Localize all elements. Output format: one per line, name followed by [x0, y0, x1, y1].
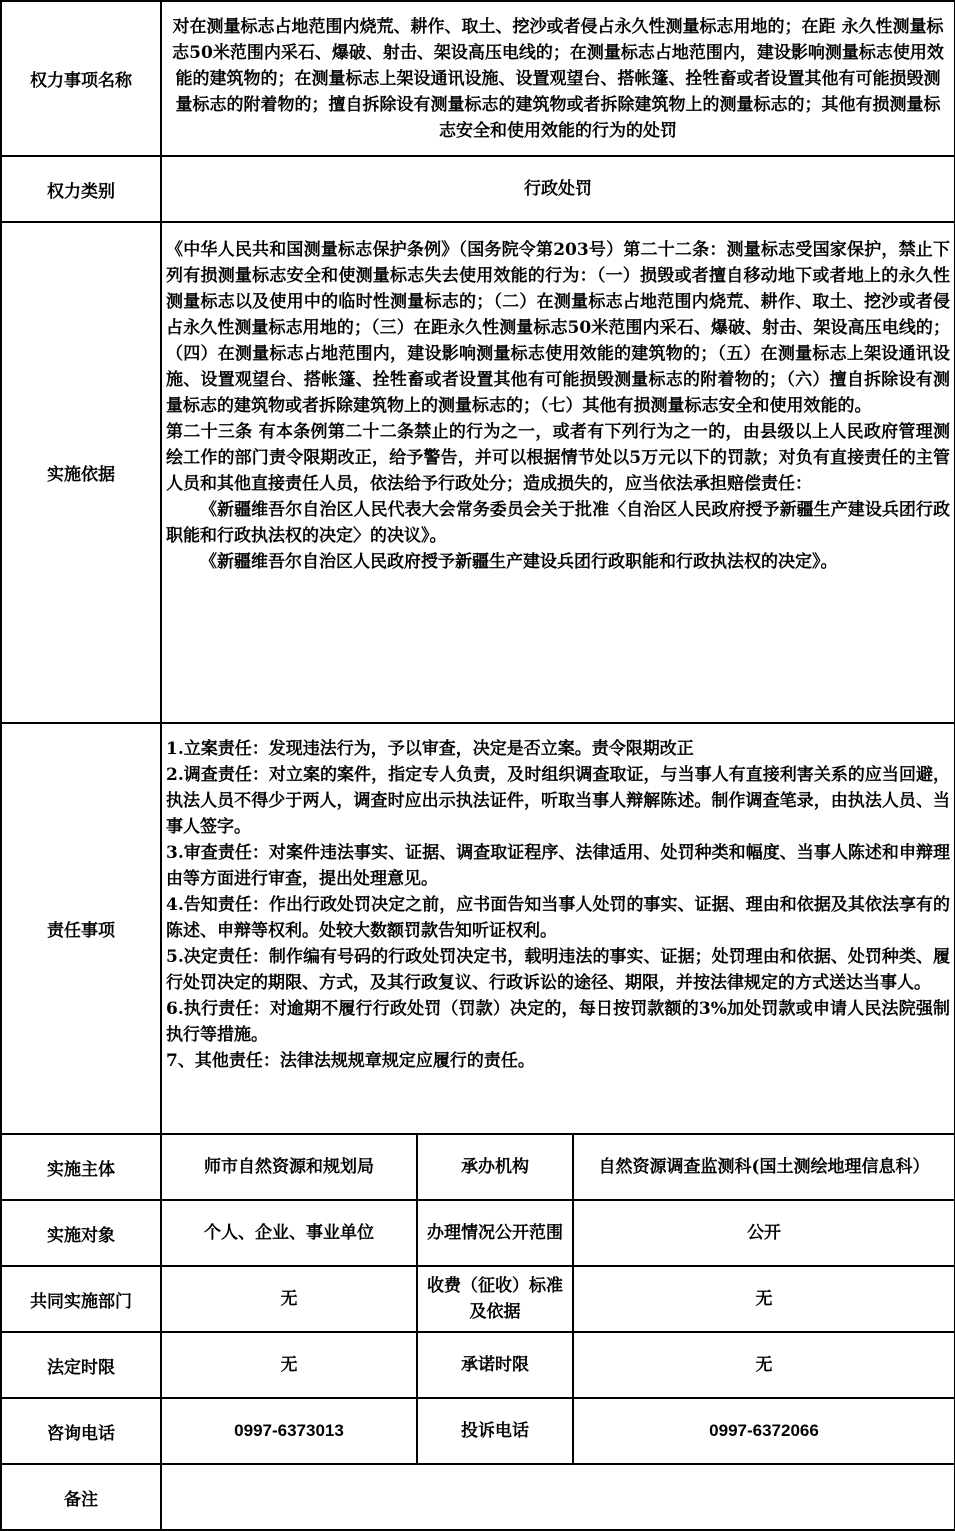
row-legal-basis: 实施依据 《中华人民共和国测量标志保护条例》（国务院令第203号）第二十二条：测…: [1, 222, 955, 723]
responsibility-item: 1.立案责任：发现违法行为，予以审查，决定是否立案。责令限期改正: [166, 736, 950, 762]
label-target: 实施对象: [1, 1200, 161, 1266]
responsibility-item: 6.执行责任：对逾期不履行行政处罚（罚款）决定的，每日按罚款额的3%加处罚款或申…: [166, 996, 950, 1048]
label-consult-phone: 咨询电话: [1, 1398, 161, 1464]
label-promised-time-limit: 承诺时限: [417, 1332, 573, 1398]
label-legal-time-limit: 法定时限: [1, 1332, 161, 1398]
label-legal-basis: 实施依据: [1, 222, 161, 723]
responsibility-item: 3.审查责任：对案件违法事实、证据、调查取证程序、法律适用、处罚种类和幅度、当事…: [166, 840, 950, 892]
value-power-item-name: 对在测量标志占地范围内烧荒、耕作、取土、挖沙或者侵占永久性测量标志用地的；在距 …: [161, 1, 955, 156]
row-power-type: 权力类别 行政处罚: [1, 156, 955, 222]
row-responsibilities: 责任事项 1.立案责任：发现违法行为，予以审查，决定是否立案。责令限期改正 2.…: [1, 723, 955, 1134]
row-remarks: 备注: [1, 1464, 955, 1530]
row-phones: 咨询电话 0997-6373013 投诉电话 0997-6372066: [1, 1398, 955, 1464]
value-fee-standard: 无: [573, 1266, 955, 1332]
label-responsibilities: 责任事项: [1, 723, 161, 1134]
label-complaint-phone: 投诉电话: [417, 1398, 573, 1464]
label-fee-standard: 收费（征收）标准及依据: [417, 1266, 573, 1332]
value-target: 个人、企业、事业单位: [161, 1200, 417, 1266]
value-handling-org: 自然资源调查监测科(国土测绘地理信息科）: [573, 1134, 955, 1200]
responsibility-item: 2.调查责任：对立案的案件，指定专人负责，及时组织调查取证，与当事人有直接利害关…: [166, 762, 950, 840]
value-complaint-phone: 0997-6372066: [573, 1398, 955, 1464]
value-promised-time-limit: 无: [573, 1332, 955, 1398]
responsibility-item: 5.决定责任：制作编有号码的行政处罚决定书，载明违法的事实、证据；处罚理由和依据…: [166, 944, 950, 996]
label-remarks: 备注: [1, 1464, 161, 1530]
label-power-item-name: 权力事项名称: [1, 1, 161, 156]
row-implementing-body: 实施主体 师市自然资源和规划局 承办机构 自然资源调查监测科(国土测绘地理信息科…: [1, 1134, 955, 1200]
value-implementing-body: 师市自然资源和规划局: [161, 1134, 417, 1200]
label-implementing-body: 实施主体: [1, 1134, 161, 1200]
value-power-type: 行政处罚: [161, 156, 955, 222]
legal-basis-para-2: 第二十三条 有本条例第二十二条禁止的行为之一，或者有下列行为之一的，由县级以上人…: [166, 419, 950, 497]
label-power-type: 权力类别: [1, 156, 161, 222]
value-remarks: [161, 1464, 955, 1530]
row-joint-dept: 共同实施部门 无 收费（征收）标准及依据 无: [1, 1266, 955, 1332]
value-legal-time-limit: 无: [161, 1332, 417, 1398]
legal-basis-para-1: 《中华人民共和国测量标志保护条例》（国务院令第203号）第二十二条：测量标志受国…: [166, 237, 950, 419]
row-power-item-name: 权力事项名称 对在测量标志占地范围内烧荒、耕作、取土、挖沙或者侵占永久性测量标志…: [1, 1, 955, 156]
power-item-table: 权力事项名称 对在测量标志占地范围内烧荒、耕作、取土、挖沙或者侵占永久性测量标志…: [0, 0, 955, 1531]
responsibility-item: 7、其他责任：法律法规规章规定应履行的责任。: [166, 1048, 950, 1074]
label-handling-org: 承办机构: [417, 1134, 573, 1200]
value-legal-basis: 《中华人民共和国测量标志保护条例》（国务院令第203号）第二十二条：测量标志受国…: [161, 222, 955, 723]
row-target: 实施对象 个人、企业、事业单位 办理情况公开范围 公开: [1, 1200, 955, 1266]
responsibility-item: 4.告知责任：作出行政处罚决定之前，应书面告知当事人处罚的事实、证据、理由和依据…: [166, 892, 950, 944]
label-disclosure-scope: 办理情况公开范围: [417, 1200, 573, 1266]
value-disclosure-scope: 公开: [573, 1200, 955, 1266]
value-responsibilities: 1.立案责任：发现违法行为，予以审查，决定是否立案。责令限期改正 2.调查责任：…: [161, 723, 955, 1134]
legal-basis-para-3: 《新疆维吾尔自治区人民代表大会常务委员会关于批准〈自治区人民政府授予新疆生产建设…: [166, 497, 950, 549]
value-joint-dept: 无: [161, 1266, 417, 1332]
label-joint-dept: 共同实施部门: [1, 1266, 161, 1332]
value-consult-phone: 0997-6373013: [161, 1398, 417, 1464]
legal-basis-para-4: 《新疆维吾尔自治区人民政府授予新疆生产建设兵团行政职能和行政执法权的决定》。: [166, 549, 950, 575]
row-time-limit: 法定时限 无 承诺时限 无: [1, 1332, 955, 1398]
